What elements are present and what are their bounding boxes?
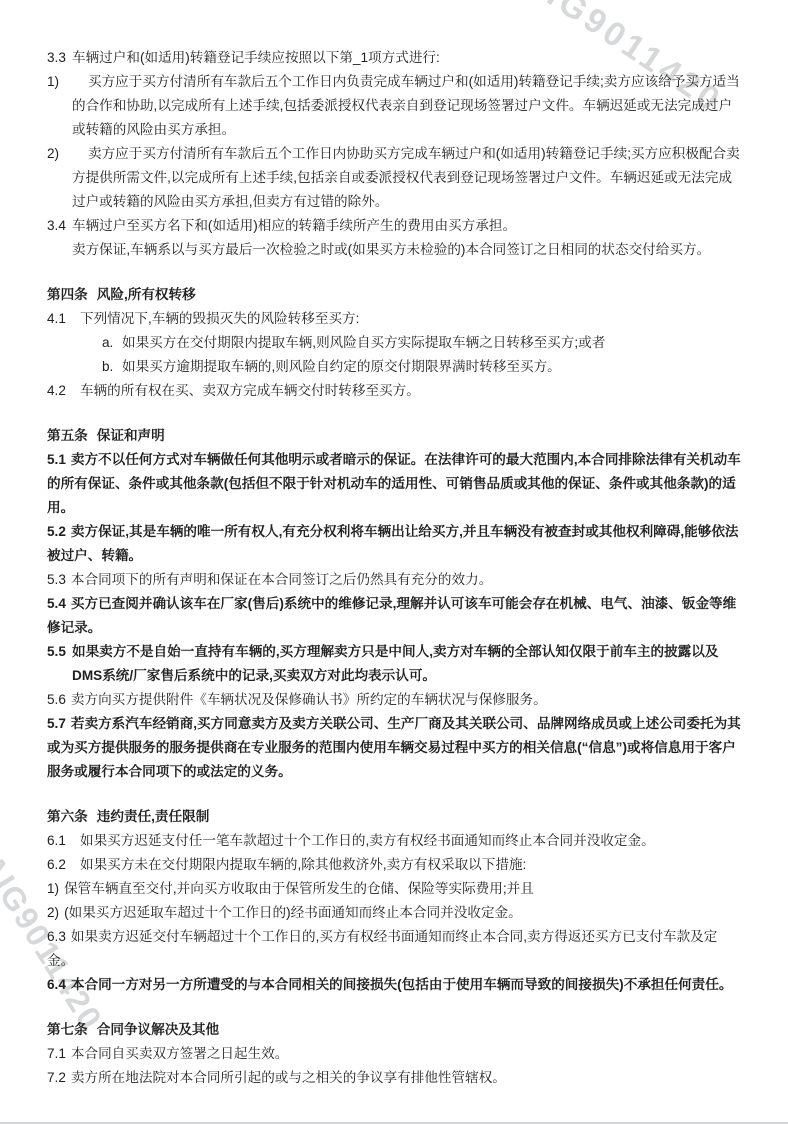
clause-paragraph: a.如果买方在交付期限内提取车辆,则风险自买方实际提取车辆之日转移至买方;或者 [47, 331, 741, 355]
clause-number: b. [102, 355, 122, 379]
clause-text: 保管车辆直至交付,并向买方收取由于保管所发生的仓储、保险等实际费用;并且 [64, 881, 534, 896]
section-title: 风险,所有权转移 [97, 287, 196, 302]
contract-page: AIG9011420 AIG9011420 3.3车辆过户和(如适用)转籍登记手… [0, 0, 788, 1124]
clause-paragraph: 卖方保证,车辆系以与买方最后一次检验之时或(如果买方未检验的)本合同签订之日相同… [47, 238, 741, 262]
clause-number: 6.1 [47, 829, 80, 853]
clause-number: 2) [47, 905, 59, 920]
clause-number: 5.3 [47, 572, 66, 587]
clause-text: 买方应于买方付清所有车款后五个工作日内负责完成车辆过户和(如适用)转籍登记手续;… [72, 74, 740, 137]
clause-paragraph: 5.6卖方向买方提供附件《车辆状况及保修确认书》所约定的车辆状况与保修服务。 [47, 688, 741, 712]
clause-paragraph: 4.2车辆的所有权在买、卖双方完成车辆交付时转移至买方。 [47, 379, 741, 403]
clause-number: 5.7 [47, 716, 66, 731]
clause-number: a. [102, 331, 122, 355]
clause-text: 卖方向买方提供附件《车辆状况及保修确认书》所约定的车辆状况与保修服务。 [71, 692, 547, 707]
clause-text: 车辆过户至买方名下和(如适用)相应的转籍手续所产生的费用由买方承担。 [72, 218, 516, 233]
clause-paragraph: 5.4买方已查阅并确认该车在厂家(售后)系统中的维修记录,理解并认可该车可能会存… [47, 592, 741, 640]
clause-paragraph: 1)保管车辆直至交付,并向买方收取由于保管所发生的仓储、保险等实际费用;并且 [47, 877, 741, 901]
clause-number: 5.1 [47, 452, 66, 467]
clause-number: 7.1 [47, 1046, 66, 1061]
clause-paragraph: 6.4本合同一方对另一方所遭受的与本合同相关的间接损失(包括由于使用车辆而导致的… [47, 973, 741, 997]
clause-paragraph: 7.1本合同自买卖双方签署之日起生效。 [47, 1042, 741, 1066]
clause-paragraph: b.如果买方逾期提取车辆的,则风险自约定的原交付期限界满时转移至买方。 [47, 355, 741, 379]
section-heading: 第四条风险,所有权转移 [47, 283, 741, 307]
clause-paragraph: 5.1卖方不以任何方式对车辆做任何其他明示或者暗示的保证。在法律许可的最大范围内… [47, 448, 741, 520]
section-title: 合同争议解决及其他 [97, 1022, 219, 1037]
section-number: 第五条 [47, 428, 88, 443]
clause-text: 如果买方迟延支付任一笔车款超过十个工作日的,卖方有权经书面通知而终止本合同并没收… [80, 833, 655, 848]
clause-paragraph: 2)卖方应于买方付清所有车款后五个工作日内协助买方完成车辆过户和(如适用)转籍登… [47, 142, 741, 214]
clause-text: 如果买方逾期提取车辆的,则风险自约定的原交付期限界满时转移至买方。 [122, 359, 561, 374]
clause-number: 6.4 [47, 977, 66, 992]
clause-paragraph: 5.5如果卖方不是自始一直持有车辆的,买方理解卖方只是中间人,卖方对车辆的全部认… [47, 640, 741, 688]
section-heading: 第七条合同争议解决及其他 [47, 1018, 741, 1042]
clause-paragraph: 7.2卖方所在地法院对本合同所引起的或与之相关的争议享有排他性管辖权。 [47, 1066, 741, 1090]
clause-text: 本合同自买卖双方签署之日起生效。 [71, 1046, 289, 1061]
clause-paragraph: 6.3如果卖方迟延交付车辆超过十个工作日的,买方有权经书面通知而终止本合同,卖方… [47, 925, 741, 973]
clause-text: (如果买方迟延取车超过十个工作日的)经书面通知而终止本合同并没收定金。 [64, 905, 522, 920]
section-title: 违约责任,责任限制 [97, 809, 210, 824]
clause-paragraph: 6.2如果买方未在交付期限内提取车辆的,除其他救济外,卖方有权采取以下措施: [47, 853, 741, 877]
clause-number: 3.4 [47, 214, 72, 238]
clause-number: 6.3 [47, 929, 66, 944]
section-title: 保证和声明 [97, 428, 165, 443]
contract-body: 3.3车辆过户和(如适用)转籍登记手续应按照以下第_1项方式进行:1)买方应于买… [0, 0, 788, 1090]
clause-text: 卖方不以任何方式对车辆做任何其他明示或者暗示的保证。在法律许可的最大范围内,本合… [47, 452, 741, 515]
section-number: 第七条 [47, 1022, 88, 1037]
clause-text: 如果卖方迟延交付车辆超过十个工作日的,买方有权经书面通知而终止本合同,卖方得返还… [47, 929, 717, 968]
clause-text: 如果卖方不是自始一直持有车辆的,买方理解卖方只是中间人,卖方对车辆的全部认知仅限… [72, 644, 718, 683]
clause-text: 下列情况下,车辆的毁损灭失的风险转移至买方: [80, 311, 359, 326]
clause-paragraph: 6.1如果买方迟延支付任一笔车款超过十个工作日的,卖方有权经书面通知而终止本合同… [47, 829, 741, 853]
clause-paragraph: 5.7若卖方系汽车经销商,买方同意卖方及卖方关联公司、生产厂商及其关联公司、品牌… [47, 712, 741, 784]
clause-text: 若卖方系汽车经销商,买方同意卖方及卖方关联公司、生产厂商及其关联公司、品牌网络成… [47, 716, 741, 779]
section-number: 第六条 [47, 809, 88, 824]
section-heading: 第五条保证和声明 [47, 424, 741, 448]
clause-number: 4.1 [47, 307, 80, 331]
clause-number: 1) [47, 70, 88, 94]
clause-text: 卖方所在地法院对本合同所引起的或与之相关的争议享有排他性管辖权。 [71, 1070, 506, 1085]
clause-number: 5.2 [47, 524, 66, 539]
clause-paragraph: 4.1下列情况下,车辆的毁损灭失的风险转移至买方: [47, 307, 741, 331]
clause-number: 4.2 [47, 379, 80, 403]
clause-number: 5.6 [47, 692, 66, 707]
clause-number: 6.2 [47, 853, 80, 877]
clause-paragraph: 3.4车辆过户至买方名下和(如适用)相应的转籍手续所产生的费用由买方承担。 [47, 214, 741, 238]
clause-text: 车辆的所有权在买、卖双方完成车辆交付时转移至买方。 [80, 383, 420, 398]
clause-paragraph: 3.3车辆过户和(如适用)转籍登记手续应按照以下第_1项方式进行: [47, 46, 741, 70]
clause-number: 5.4 [47, 596, 66, 611]
clause-paragraph: 2)(如果买方迟延取车超过十个工作日的)经书面通知而终止本合同并没收定金。 [47, 901, 741, 925]
clause-text: 卖方应于买方付清所有车款后五个工作日内协助买方完成车辆过户和(如适用)转籍登记手… [72, 146, 740, 209]
clause-text: 本合同项下的所有声明和保证在本合同签订之后仍然具有充分的效力。 [71, 572, 492, 587]
clause-paragraph: 5.3本合同项下的所有声明和保证在本合同签订之后仍然具有充分的效力。 [47, 568, 741, 592]
clause-text: 买方已查阅并确认该车在厂家(售后)系统中的维修记录,理解并认可该车可能会存在机械… [47, 596, 736, 635]
clause-text: 车辆过户和(如适用)转籍登记手续应按照以下第_1项方式进行: [72, 50, 440, 65]
clause-number: 7.2 [47, 1070, 66, 1085]
clause-number: 3.3 [47, 46, 72, 70]
clause-text: 如果买方在交付期限内提取车辆,则风险自买方实际提取车辆之日转移至买方;或者 [122, 335, 605, 350]
clause-number: 5.5 [47, 640, 72, 664]
clause-paragraph: 5.2卖方保证,其是车辆的唯一所有权人,有充分权利将车辆出让给买方,并且车辆没有… [47, 520, 741, 568]
clause-text: 卖方保证,车辆系以与买方最后一次检验之时或(如果买方未检验的)本合同签订之日相同… [72, 242, 710, 257]
clause-paragraph: 1)买方应于买方付清所有车款后五个工作日内负责完成车辆过户和(如适用)转籍登记手… [47, 70, 741, 142]
clause-text: 如果买方未在交付期限内提取车辆的,除其他救济外,卖方有权采取以下措施: [80, 857, 526, 872]
section-number: 第四条 [47, 287, 88, 302]
clause-number: 2) [47, 142, 88, 166]
section-heading: 第六条违约责任,责任限制 [47, 805, 741, 829]
clause-text: 卖方保证,其是车辆的唯一所有权人,有充分权利将车辆出让给买方,并且车辆没有被查封… [47, 524, 739, 563]
clause-number: 1) [47, 881, 59, 896]
clause-text: 本合同一方对另一方所遭受的与本合同相关的间接损失(包括由于使用车辆而导致的间接损… [71, 977, 733, 992]
